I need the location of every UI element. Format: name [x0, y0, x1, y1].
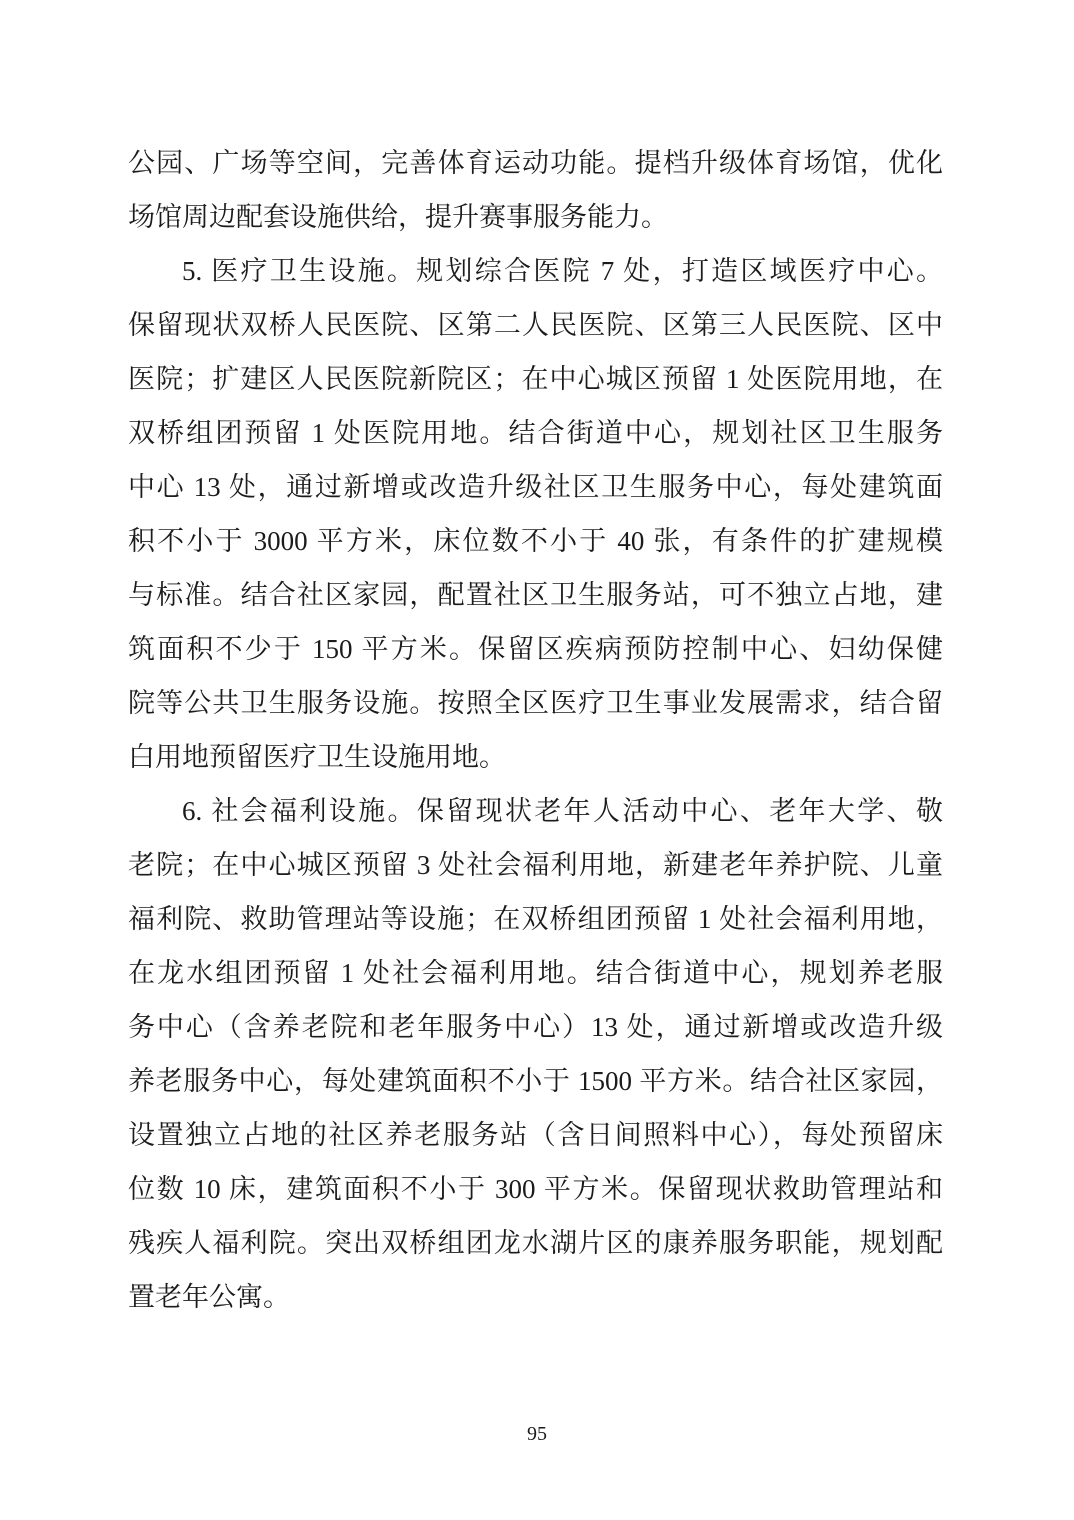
paragraph: 公园、广场等空间，完善体育运动功能。提档升级体育场馆，优化场馆周边配套设施供给，…	[128, 136, 943, 244]
text-line: 6. 社会福利设施。保留现状老年人活动中心、老年大学、敬	[128, 784, 943, 838]
text-line: 筑面积不少于 150 平方米。保留区疾病预防控制中心、妇幼保健	[128, 622, 943, 676]
text-line: 老院；在中心城区预留 3 处社会福利用地，新建老年养护院、儿童	[128, 838, 943, 892]
text-line: 置老年公寓。	[128, 1270, 943, 1324]
text-line: 位数 10 床，建筑面积不小于 300 平方米。保留现状救助管理站和	[128, 1162, 943, 1216]
text-line: 医院；扩建区人民医院新院区；在中心城区预留 1 处医院用地，在	[128, 352, 943, 406]
paragraph: 5. 医疗卫生设施。规划综合医院 7 处，打造区域医疗中心。保留现状双桥人民医院…	[128, 244, 943, 784]
text-line: 与标准。结合社区家园，配置社区卫生服务站，可不独立占地，建	[128, 568, 943, 622]
body-text: 公园、广场等空间，完善体育运动功能。提档升级体育场馆，优化场馆周边配套设施供给，…	[128, 136, 943, 1324]
page-number: 95	[527, 1423, 547, 1445]
text-line: 保留现状双桥人民医院、区第二人民医院、区第三人民医院、区中	[128, 298, 943, 352]
text-line: 公园、广场等空间，完善体育运动功能。提档升级体育场馆，优化	[128, 136, 943, 190]
page-footer: 95	[0, 1420, 1074, 1448]
text-line: 双桥组团预留 1 处医院用地。结合街道中心，规划社区卫生服务	[128, 406, 943, 460]
text-line: 中心 13 处，通过新增或改造升级社区卫生服务中心，每处建筑面	[128, 460, 943, 514]
text-line: 养老服务中心，每处建筑面积不小于 1500 平方米。结合社区家园，	[128, 1054, 943, 1108]
document-page: 公园、广场等空间，完善体育运动功能。提档升级体育场馆，优化场馆周边配套设施供给，…	[0, 0, 1074, 1520]
paragraph: 6. 社会福利设施。保留现状老年人活动中心、老年大学、敬老院；在中心城区预留 3…	[128, 784, 943, 1324]
text-line: 积不小于 3000 平方米，床位数不小于 40 张，有条件的扩建规模	[128, 514, 943, 568]
text-line: 福利院、救助管理站等设施；在双桥组团预留 1 处社会福利用地，	[128, 892, 943, 946]
text-line: 院等公共卫生服务设施。按照全区医疗卫生事业发展需求，结合留	[128, 676, 943, 730]
text-line: 设置独立占地的社区养老服务站（含日间照料中心），每处预留床	[128, 1108, 943, 1162]
text-line: 白用地预留医疗卫生设施用地。	[128, 730, 943, 784]
text-line: 5. 医疗卫生设施。规划综合医院 7 处，打造区域医疗中心。	[128, 244, 943, 298]
text-line: 残疾人福利院。突出双桥组团龙水湖片区的康养服务职能，规划配	[128, 1216, 943, 1270]
text-line: 在龙水组团预留 1 处社会福利用地。结合街道中心，规划养老服	[128, 946, 943, 1000]
text-line: 场馆周边配套设施供给，提升赛事服务能力。	[128, 190, 943, 244]
text-line: 务中心（含养老院和老年服务中心）13 处，通过新增或改造升级	[128, 1000, 943, 1054]
